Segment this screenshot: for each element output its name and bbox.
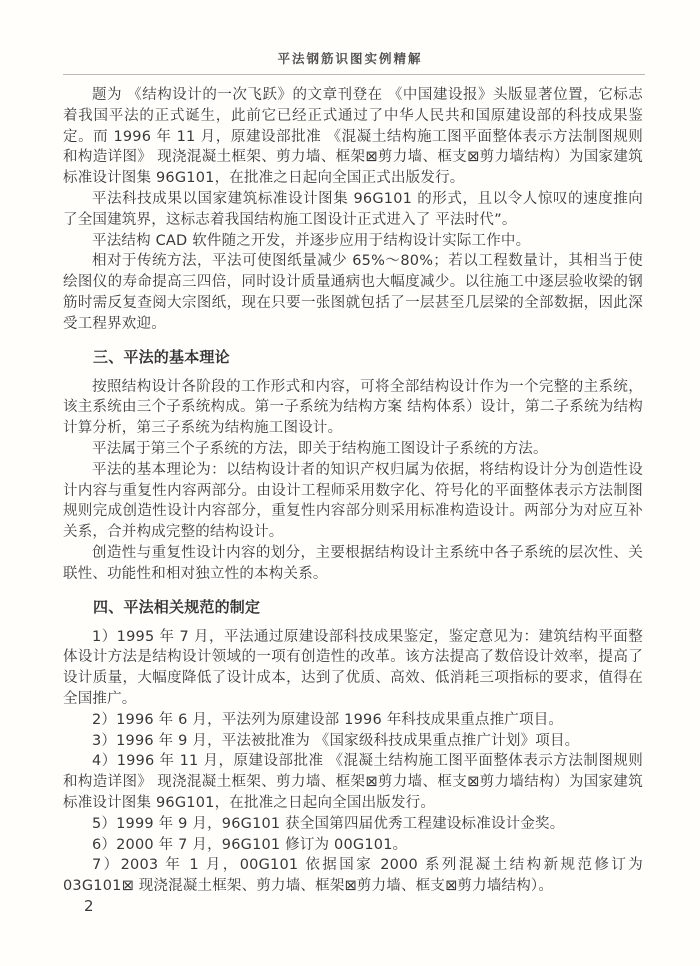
- intro-paragraph-2: 平法科技成果以国家建筑标准设计图集 96G101 的形式，且以令人惊叹的速度推向…: [63, 189, 643, 231]
- section3-paragraph-3: 平法的基本理论为：以结构设计者的知识产权归属为依据，将结构设计分为创造性设计内容…: [63, 460, 643, 543]
- page-content: 题为 《结构设计的一次飞跃》的文章刊登在 《中国建设报》头版显著位置，它标志着我…: [63, 85, 643, 897]
- section3-paragraph-2: 平法属于第三个子系统的方法，即关于结构施工图设计子系统的方法。: [63, 439, 643, 460]
- header-rule: [63, 74, 645, 75]
- intro-paragraph-4: 相对于传统方法，平法可使图纸量减少 65%～80%；若以工程数量计，其相当于使绘…: [63, 251, 643, 334]
- numbered-item-4: 4）1996 年 11 月，原建设部批准 《混凝土结构施工图平面整体表示方法制图…: [63, 751, 643, 813]
- intro-paragraph-1: 题为 《结构设计的一次飞跃》的文章刊登在 《中国建设报》头版显著位置，它标志着我…: [63, 85, 643, 189]
- numbered-item-1: 1）1995 年 7 月，平法通过原建设部科技成果鉴定，鉴定意见为：建筑结构平面…: [63, 627, 643, 710]
- numbered-item-7: 7）2003 年 1 月，00G101 依据国家 2000 系列混凝土结构新规范…: [63, 855, 643, 897]
- running-header: 平法钢筋识图实例精解: [0, 0, 700, 67]
- book-page: 平法钢筋识图实例精解 题为 《结构设计的一次飞跃》的文章刊登在 《中国建设报》头…: [0, 0, 700, 966]
- intro-paragraph-3: 平法结构 CAD 软件随之开发，并逐步应用于结构设计实际工作中。: [63, 231, 643, 252]
- numbered-item-3: 3）1996 年 9 月，平法被批准为 《国家级科技成果重点推广计划》项目。: [63, 731, 643, 752]
- numbered-item-6: 6）2000 年 7 月，96G101 修订为 00G101。: [63, 835, 643, 856]
- section-heading-related-codes: 四、平法相关规范的制定: [63, 597, 643, 618]
- numbered-item-2: 2）1996 年 6 月，平法列为原建设部 1996 年科技成果重点推广项目。: [63, 710, 643, 731]
- running-header-title: 平法钢筋识图实例精解: [277, 51, 422, 66]
- numbered-item-5: 5）1999 年 9 月，96G101 获全国第四届优秀工程建设标准设计金奖。: [63, 814, 643, 835]
- section-heading-basic-theory: 三、平法的基本理论: [63, 347, 643, 368]
- section3-paragraph-4: 创造性与重复性设计内容的划分，主要根据结构设计主系统中各子系统的层次性、关联性、…: [63, 543, 643, 585]
- section3-paragraph-1: 按照结构设计各阶段的工作形式和内容，可将全部结构设计作为一个完整的主系统，该主系…: [63, 377, 643, 439]
- page-number: 2: [84, 897, 94, 915]
